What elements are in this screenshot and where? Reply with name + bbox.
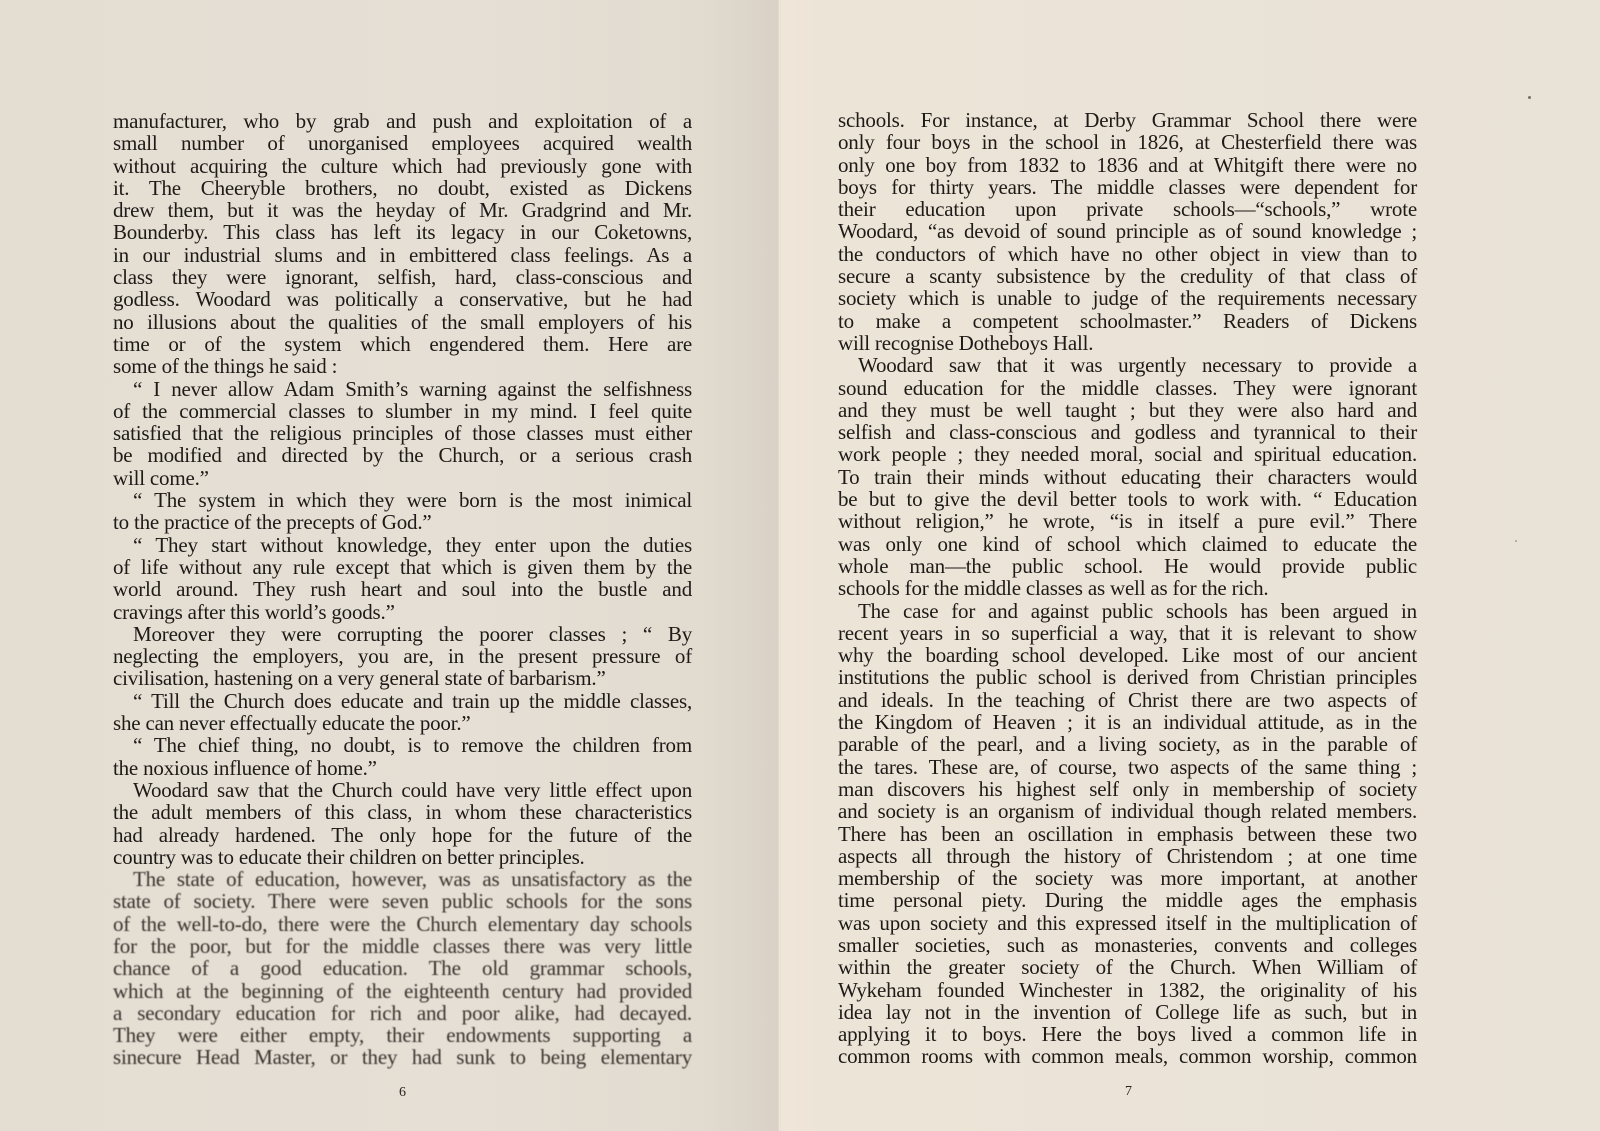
text-line: selfish and class-conscious and godless … (838, 421, 1417, 443)
text-line: work people ; they needed moral, social … (838, 443, 1417, 465)
text-line: Woodard, “as devoid of sound principle a… (838, 220, 1417, 242)
text-line: Woodard saw that the Church could have v… (113, 779, 692, 801)
text-line: state of society. There were seven publi… (113, 890, 692, 912)
text-line: the adult members of this class, in whom… (113, 801, 692, 823)
text-line: sinecure Head Master, or they had sunk t… (113, 1046, 692, 1068)
text-line: small number of unorganised employees ac… (113, 132, 692, 154)
text-line: was upon society and this expressed itse… (838, 912, 1417, 934)
text-line: society which is unable to judge of the … (838, 287, 1417, 309)
left-page: manufacturer, who by grab and push and e… (0, 0, 780, 1131)
text-line: common rooms with common meals, common w… (838, 1045, 1417, 1067)
text-line: country was to educate their children on… (113, 846, 692, 868)
text-line: idea lay not in the invention of College… (838, 1001, 1417, 1023)
text-line: a secondary education for rich and poor … (113, 1002, 692, 1024)
text-line: “ Till the Church does educate and train… (113, 690, 692, 712)
text-line: man discovers his highest self only in m… (838, 778, 1417, 800)
text-line: schools. For instance, at Derby Grammar … (838, 109, 1417, 131)
text-line: The state of education, however, was as … (113, 868, 692, 890)
text-line: only four boys in the school in 1826, at… (838, 131, 1417, 153)
text-line: There has been an oscillation in emphasi… (838, 823, 1417, 845)
text-line: be modified and directed by the Church, … (113, 444, 692, 466)
text-line: neglecting the employers, you are, in th… (113, 645, 692, 667)
text-line: only one boy from 1832 to 1836 and at Wh… (838, 154, 1417, 176)
text-line: smaller societies, such as monasteries, … (838, 934, 1417, 956)
text-line: chance of a good education. The old gram… (113, 957, 692, 979)
text-line: was only one kind of school which claime… (838, 533, 1417, 555)
text-line: to the practice of the precepts of God.” (113, 511, 692, 533)
text-line: for the poor, but for the middle classes… (113, 935, 692, 957)
text-line: satisfied that the religious principles … (113, 422, 692, 444)
text-line: They were either empty, their endowments… (113, 1024, 692, 1046)
text-line: institutions the public school is derive… (838, 666, 1417, 688)
text-line: without acquiring the culture which had … (113, 155, 692, 177)
text-line: the Kingdom of Heaven ; it is an individ… (838, 711, 1417, 733)
text-line: the tares. These are, of course, two asp… (838, 756, 1417, 778)
text-line: Moreover they were corrupting the poorer… (113, 623, 692, 645)
text-line: sound education for the middle classes. … (838, 377, 1417, 399)
book-spread: manufacturer, who by grab and push and e… (0, 0, 1600, 1131)
text-line: why the boarding school developed. Like … (838, 644, 1417, 666)
text-line: whole man—the public school. He would pr… (838, 555, 1417, 577)
text-line: within the greater society of the Church… (838, 956, 1417, 978)
text-line: applying it to boys. Here the boys lived… (838, 1023, 1417, 1045)
text-line: godless. Woodard was politically a conse… (113, 288, 692, 310)
text-line: and they must be well taught ; but they … (838, 399, 1417, 421)
text-line: of the commercial classes to slumber in … (113, 400, 692, 422)
text-line: will recognise Dotheboys Hall. (838, 332, 1417, 354)
text-line: had already hardened. The only hope for … (113, 824, 692, 846)
page-number-right: 7 (1125, 1084, 1132, 1100)
text-line: time personal piety. During the middle a… (838, 889, 1417, 911)
text-line: will come.” (113, 467, 692, 489)
text-line: of life without any rule except that whi… (113, 556, 692, 578)
text-line: to make a competent schoolmaster.” Reade… (838, 310, 1417, 332)
text-line: membership of the society was more impor… (838, 867, 1417, 889)
text-line: of the well-to-do, there were the Church… (113, 913, 692, 935)
text-line: “ I never allow Adam Smith’s warning aga… (113, 378, 692, 400)
text-line: “ They start without knowledge, they ent… (113, 534, 692, 556)
text-line: no illusions about the qualities of the … (113, 311, 692, 333)
text-line: some of the things he said : (113, 355, 692, 377)
text-line: “ The chief thing, no doubt, is to remov… (113, 734, 692, 756)
text-line: Bounderby. This class has left its legac… (113, 221, 692, 243)
paper-speck (1528, 96, 1531, 99)
text-line: secure a scanty subsistence by the credu… (838, 265, 1417, 287)
text-line: be but to give the devil better tools to… (838, 488, 1417, 510)
text-line: Wykeham founded Winchester in 1382, the … (838, 979, 1417, 1001)
text-line: manufacturer, who by grab and push and e… (113, 110, 692, 132)
text-line: aspects all through the history of Chris… (838, 845, 1417, 867)
left-page-body: manufacturer, who by grab and push and e… (113, 110, 692, 1069)
text-line: and ideals. In the teaching of Christ th… (838, 689, 1417, 711)
text-line: time or of the system which engendered t… (113, 333, 692, 355)
text-line: To train their minds without educating t… (838, 466, 1417, 488)
page-number-left: 6 (399, 1085, 406, 1101)
text-line: schools for the middle classes as well a… (838, 577, 1417, 599)
text-line: without religion,” he wrote, “is in itse… (838, 510, 1417, 532)
text-line: Woodard saw that it was urgently necessa… (838, 354, 1417, 376)
text-line: which at the beginning of the eighteenth… (113, 980, 692, 1002)
text-line: recent years in so superficial a way, th… (838, 622, 1417, 644)
paper-speck (1515, 540, 1517, 542)
text-line: boys for thirty years. The middle classe… (838, 176, 1417, 198)
text-line: she can never effectually educate the po… (113, 712, 692, 734)
book-gutter (778, 0, 781, 1131)
text-line: drew them, but it was the heyday of Mr. … (113, 199, 692, 221)
text-line: in our industrial slums and in embittere… (113, 244, 692, 266)
right-page-body: schools. For instance, at Derby Grammar … (838, 109, 1417, 1068)
text-line: their education upon private schools—“sc… (838, 198, 1417, 220)
text-line: the conductors of which have no other ob… (838, 243, 1417, 265)
text-line: cravings after this world’s goods.” (113, 601, 692, 623)
text-line: the noxious influence of home.” (113, 757, 692, 779)
text-line: and society is an organism of individual… (838, 800, 1417, 822)
text-line: “ The system in which they were born is … (113, 489, 692, 511)
text-line: civilisation, hastening on a very genera… (113, 667, 692, 689)
text-line: class they were ignorant, selfish, hard,… (113, 266, 692, 288)
text-line: world around. They rush heart and soul i… (113, 578, 692, 600)
text-line: The case for and against public schools … (838, 600, 1417, 622)
text-line: parable of the pearl, and a living socie… (838, 733, 1417, 755)
text-line: it. The Cheeryble brothers, no doubt, ex… (113, 177, 692, 199)
